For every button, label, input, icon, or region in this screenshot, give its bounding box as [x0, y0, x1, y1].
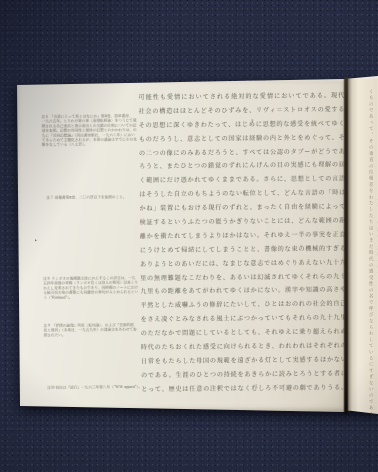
margin-bullet: ▪: [35, 238, 36, 242]
footnote-marker: 10: [251, 119, 254, 122]
book: くものであって、その垂直の位相差をわたしたちはいまだ時代の感受性の名で呼びならわ…: [0, 0, 378, 472]
text-line: ものだろうし、意志としての国家は経験の内と外とをめぐって、そ: [139, 132, 345, 148]
main-text-block: 可能性も愛情においてされる絶対的な愛情においてである。現代 社会の構造はほとんど…: [138, 90, 347, 398]
footnote-marker: 11: [300, 245, 303, 248]
text-line: その思想に深くゆきわたって、はじめに思想的な感受を統べてゆく: [139, 118, 345, 134]
margin-note-line: 注７ 前掲書第Ⅱ巻、二〇六頁以下を参照のこと。: [46, 194, 146, 200]
footnote-marker: 12: [254, 384, 257, 387]
margin-note-line: う（"Rimbaud"）。: [43, 294, 143, 300]
text-line: ありようとのあいだには、なまじな意志ではめぐりあえない九十九: [140, 257, 346, 273]
page-gutter-shadow: [344, 77, 348, 414]
photo-of-open-book: { "colors": { "background": "#262b42", "…: [0, 0, 378, 472]
margin-note-line: 駆をなしている（八七頁）。: [42, 142, 142, 148]
margin-note-line: 注10 初出は『試行』一九六三年第八号（"W.W. apparat"）。: [47, 384, 147, 390]
left-page: 注６ 『言語にとって美とはなにか』第Ⅱ巻、勁草書房、 一九六五年。とりわけ第六章…: [15, 79, 349, 413]
right-page-vertical-text: くものであって、その垂直の位相差をわたしたちはいまだ時代の感受性の名で呼びならわ…: [368, 89, 375, 424]
margin-note-line: 照されたい。: [44, 332, 144, 338]
text-line: とって、歴史は任意の注釈ではなくむしろ不可避の劇でありうる。: [141, 382, 347, 398]
left-page-content: 注６ 『言語にとって美とはなにか』第Ⅱ巻、勁草書房、 一九六五年。とりわけ第六章…: [13, 77, 350, 414]
right-page-sliver: くものであって、その垂直の位相差をわたしたちはいまだ時代の感受性の名で呼びならわ…: [344, 76, 378, 414]
